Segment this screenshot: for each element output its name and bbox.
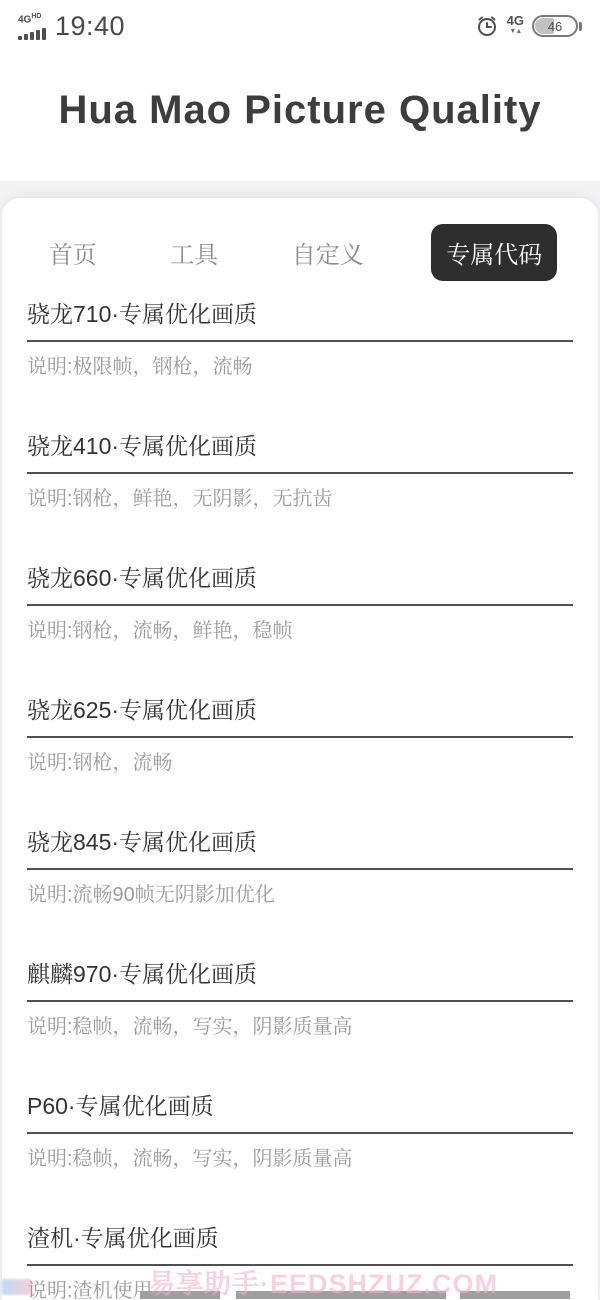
mobile-data-icon: 4G ▼▲ [507,15,524,37]
item-separator [27,868,573,870]
item-separator [27,472,573,474]
item-separator [27,1132,573,1134]
item-title: 骁龙660·专属优化画质 [27,562,573,594]
battery-percentage: 46 [534,19,576,34]
signal-bars-icon [18,28,46,40]
signal-strength-icon: 4GHD [18,12,46,39]
item-description: 说明:稳帧，流畅，写实，阴影质量高 [27,1146,573,1172]
item-title: 麒麟970·专属优化画质 [27,958,573,990]
list-item[interactable]: 麒麟970·专属优化画质 说明:稳帧，流畅，写实，阴影质量高 [27,908,573,1040]
item-separator [27,736,573,738]
item-separator [27,1000,573,1002]
redacted-bar [460,1291,570,1299]
list-item[interactable]: 骁龙660·专属优化画质 说明:钢枪，流畅，鲜艳，稳帧 [27,512,573,644]
item-title: 骁龙710·专属优化画质 [27,298,573,330]
item-description: 说明:流畅90帧无阴影加优化 [27,882,573,908]
item-title: 渣机·专属优化画质 [27,1222,573,1254]
battery-nub [579,22,582,31]
list-item[interactable]: 骁龙625·专属优化画质 说明:钢枪，流畅 [27,644,573,776]
tab-custom[interactable]: 自定义 [286,225,370,280]
list-item[interactable]: 骁龙710·专属优化画质 说明:极限帧，钢枪，流畅 [27,286,573,380]
data-arrows-icon: ▼▲ [509,26,521,37]
page-title: Hua Mao Picture Quality [0,88,600,133]
redacted-bar [236,1291,446,1299]
battery-icon: 46 [532,15,578,37]
item-description: 说明:极限帧，钢枪，流畅 [27,354,573,380]
content-card: 首页 工具 自定义 专属代码 骁龙710·专属优化画质 说明:极限帧，钢枪，流畅… [2,198,598,1300]
item-title: 骁龙410·专属优化画质 [27,430,573,462]
app-header: 4GHD 19:40 4G ▼▲ 46 [0,0,600,181]
item-separator [27,604,573,606]
item-description: 说明:钢枪，流畅 [27,750,573,776]
item-description: 说明:钢枪，流畅，鲜艳，稳帧 [27,618,573,644]
network-type-label: 4GHD [18,12,41,25]
item-title: 骁龙625·专属优化画质 [27,694,573,726]
list-item[interactable]: 骁龙845·专属优化画质 说明:流畅90帧无阴影加优化 [27,776,573,908]
code-list: 骁龙710·专属优化画质 说明:极限帧，钢枪，流畅 骁龙410·专属优化画质 说… [2,286,598,1300]
item-title: P60·专属优化画质 [27,1090,573,1122]
tab-home[interactable]: 首页 [43,225,103,280]
tab-exclusive-code[interactable]: 专属代码 [431,224,557,281]
item-separator [27,340,573,342]
alarm-clock-icon [475,14,499,38]
item-description: 说明:钢枪，鲜艳，无阴影，无抗齿 [27,486,573,512]
item-separator [27,1264,573,1266]
list-item[interactable]: P60·专属优化画质 说明:稳帧，流畅，写实，阴影质量高 [27,1040,573,1172]
list-item[interactable]: 骁龙410·专属优化画质 说明:钢枪，鲜艳，无阴影，无抗齿 [27,380,573,512]
item-title: 骁龙845·专属优化画质 [27,826,573,858]
clock-time: 19:40 [55,13,125,40]
tab-bar: 首页 工具 自定义 专属代码 [2,198,598,286]
list-item[interactable]: 渣机·专属优化画质 说明:渣机使用 [27,1172,573,1300]
tab-tools[interactable]: 工具 [164,225,224,280]
redacted-bar [140,1291,220,1299]
status-bar: 4GHD 19:40 4G ▼▲ 46 [0,6,600,46]
item-description: 说明:稳帧，流畅，写实，阴影质量高 [27,1014,573,1040]
